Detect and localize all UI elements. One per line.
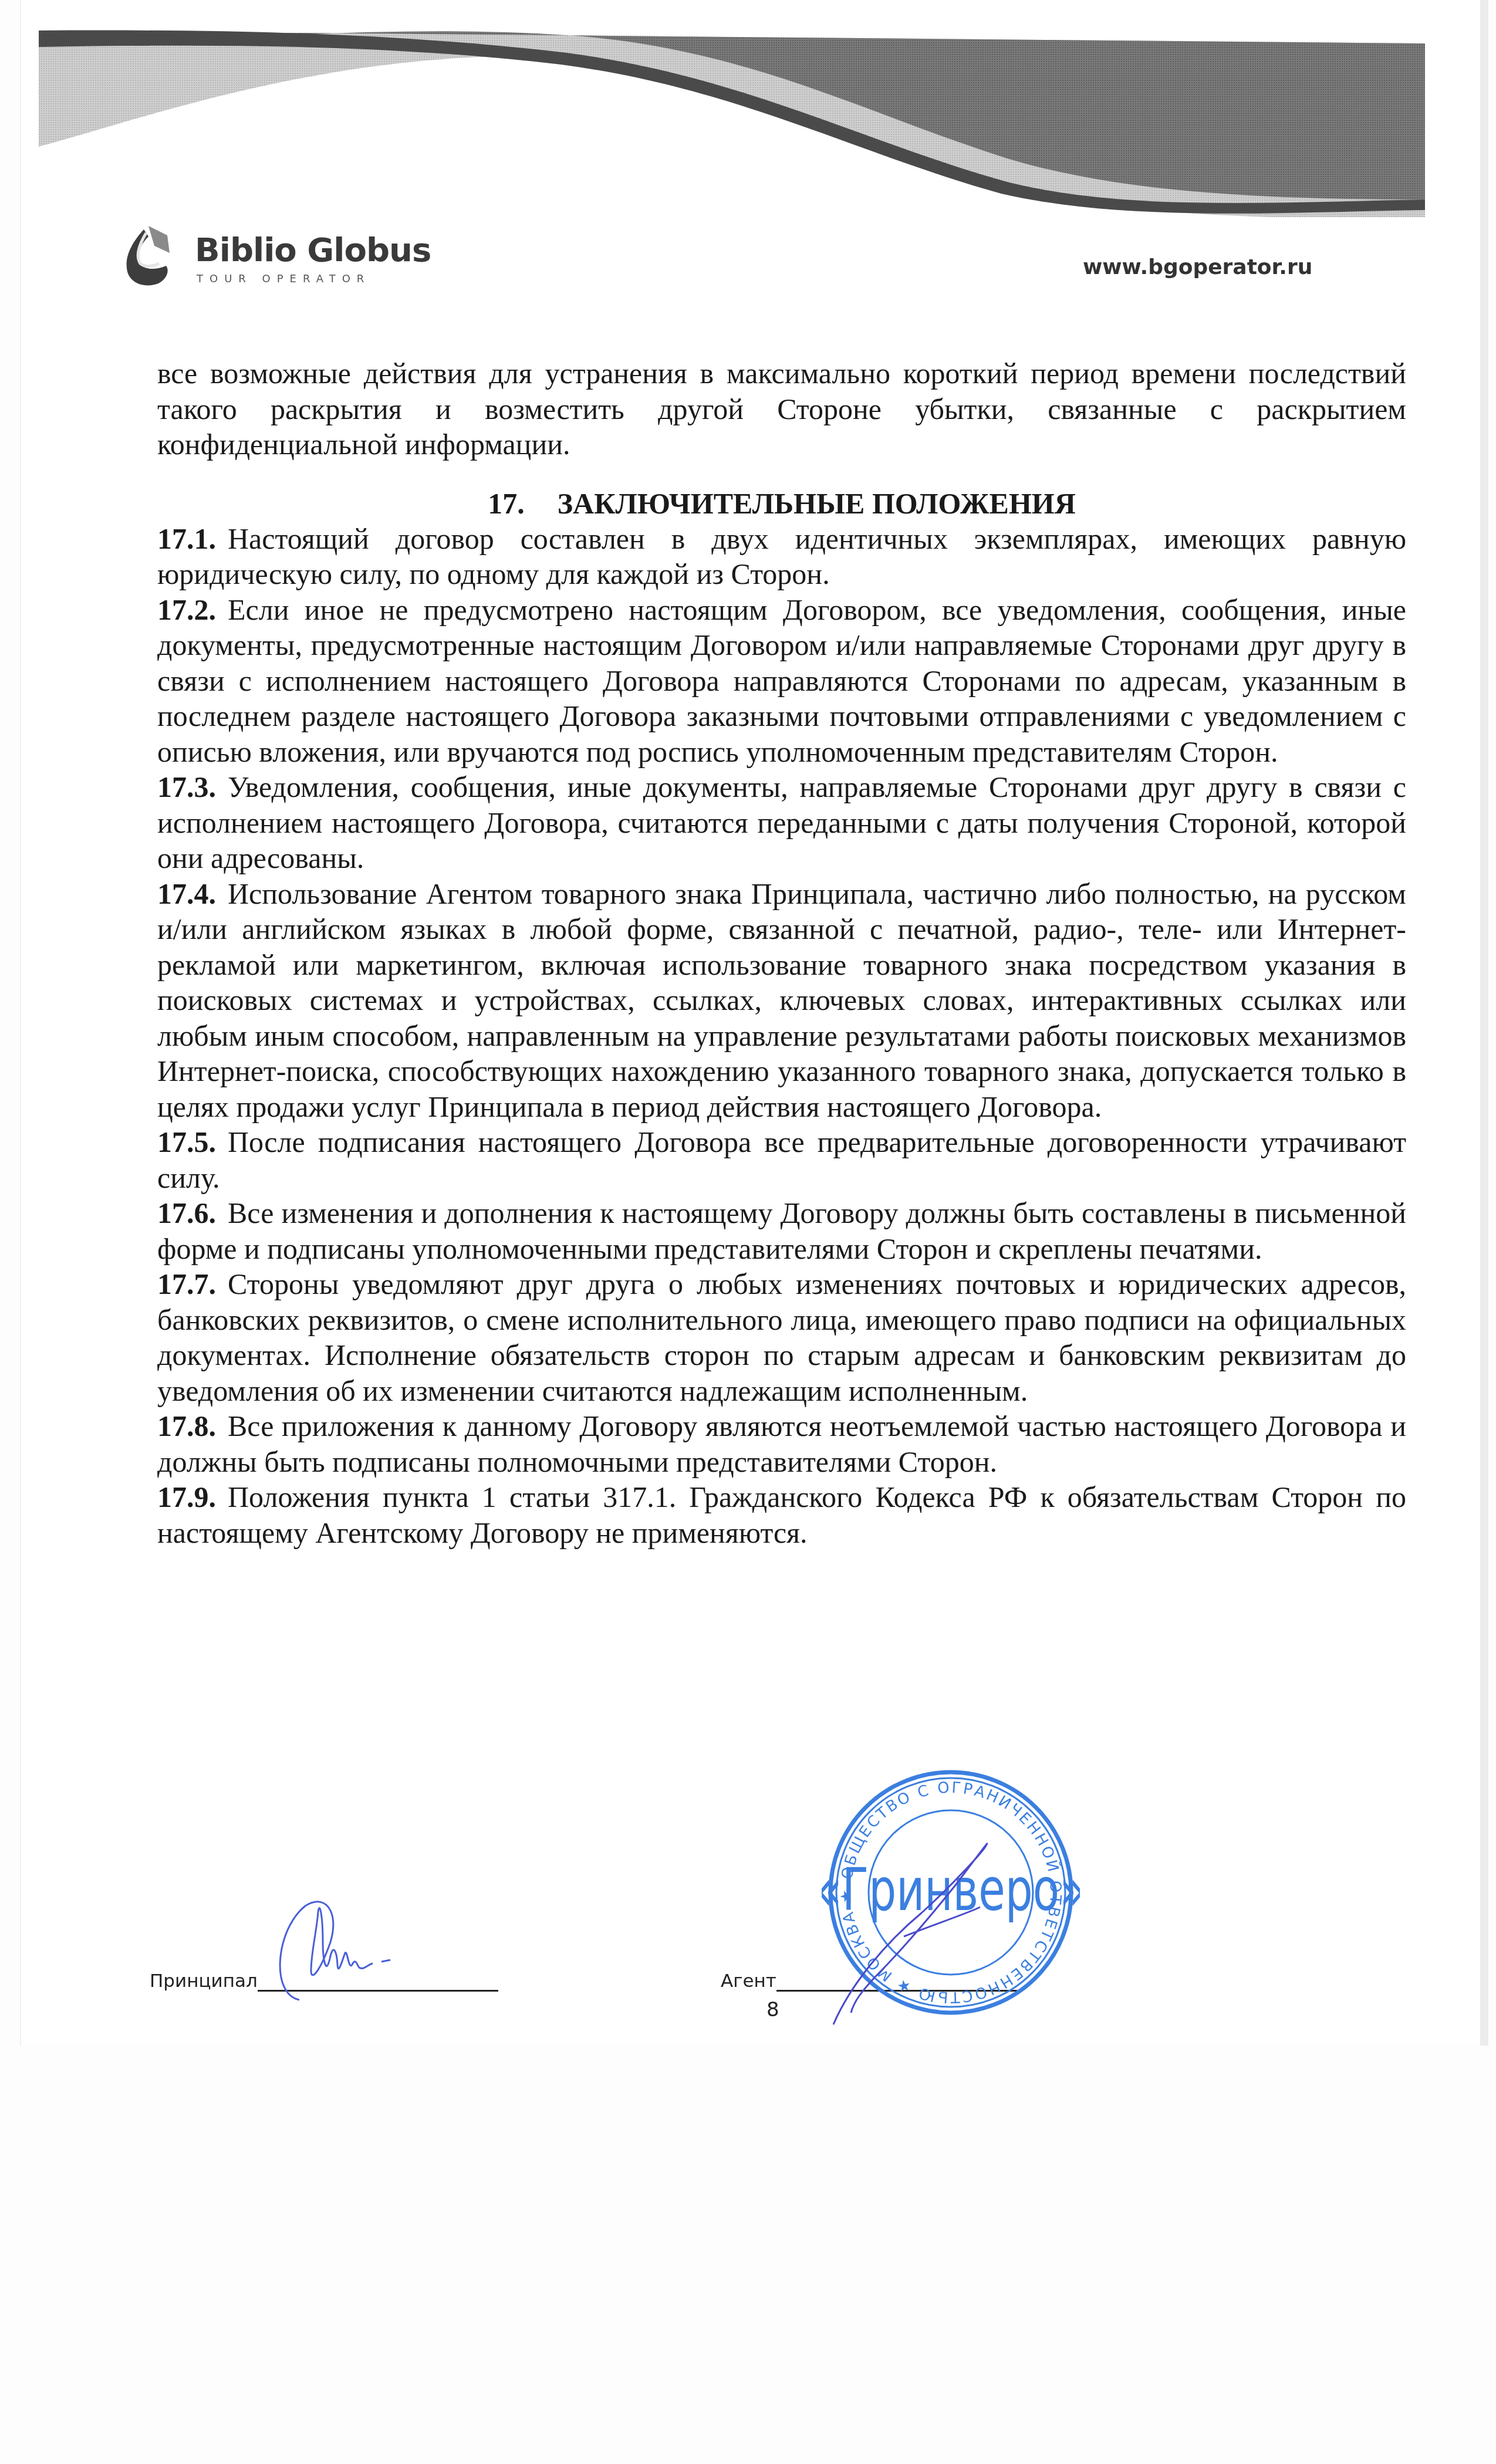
clause-number: 17.6. bbox=[157, 1196, 216, 1229]
brand-tagline: TOUR OPERATOR bbox=[197, 274, 370, 285]
clause-number: 17.8. bbox=[157, 1410, 216, 1442]
clause-text: Уведомления, сообщения, иные документы, … bbox=[157, 770, 1406, 874]
page-number: 8 bbox=[766, 1998, 779, 2022]
section-heading: 17.ЗАКЛЮЧИТЕЛЬНЫЕ ПОЛОЖЕНИЯ bbox=[157, 486, 1406, 521]
clause-number: 17.7. bbox=[157, 1268, 216, 1300]
clause-number: 17.2. bbox=[157, 593, 216, 626]
brand-name: Biblio Globus bbox=[195, 234, 431, 267]
header-wave-banner bbox=[39, 23, 1425, 217]
biblio-globus-logo-icon bbox=[120, 225, 185, 289]
agent-signature-icon bbox=[798, 1837, 1009, 2030]
clause-text: Все изменения и дополнения к настоящему … bbox=[157, 1196, 1406, 1265]
clause-number: 17.9. bbox=[157, 1481, 216, 1513]
clause: 17.6.Все изменения и дополнения к настоя… bbox=[157, 1195, 1406, 1266]
clause-number: 17.5. bbox=[157, 1125, 216, 1158]
clause-number: 17.1. bbox=[157, 522, 216, 555]
blank-area bbox=[0, 2046, 1496, 2464]
clause-text: Если иное не предусмотрено настоящим Дог… bbox=[157, 593, 1406, 768]
document-body: все возможные действия для устранения в … bbox=[157, 356, 1406, 1550]
principal-label: Принципал bbox=[150, 1970, 258, 1992]
principal-signature-icon bbox=[264, 1894, 440, 2012]
clause-number: 17.3. bbox=[157, 770, 216, 803]
clause: 17.7.Стороны уведомляют друг друга о люб… bbox=[157, 1266, 1406, 1408]
clause-number: 17.4. bbox=[157, 877, 216, 910]
website-url[interactable]: www.bgoperator.ru bbox=[1083, 257, 1312, 278]
clause-text: Все приложения к данному Договору являют… bbox=[157, 1410, 1406, 1478]
agent-label: Агент bbox=[721, 1970, 776, 1992]
clause-text: Стороны уведомляют друг друга о любых из… bbox=[157, 1268, 1406, 1407]
clause: 17.3.Уведомления, сообщения, иные докуме… bbox=[157, 769, 1406, 876]
clause: 17.1.Настоящий договор составлен в двух … bbox=[157, 521, 1406, 592]
clause-text: Положения пункта 1 статьи 317.1. Граждан… bbox=[157, 1481, 1406, 1549]
clause: 17.9.Положения пункта 1 статьи 317.1. Гр… bbox=[157, 1479, 1406, 1550]
section-number: 17. bbox=[488, 487, 525, 520]
intro-paragraph: все возможные действия для устранения в … bbox=[157, 356, 1406, 462]
clause: 17.4.Использование Агентом товарного зна… bbox=[157, 876, 1406, 1125]
brand-logo: Biblio Globus TOUR OPERATOR bbox=[120, 225, 472, 289]
clause: 17.8.Все приложения к данному Договору я… bbox=[157, 1408, 1406, 1479]
clause-text: Использование Агентом товарного знака Пр… bbox=[157, 877, 1406, 1123]
clause-text: После подписания настоящего Договора все… bbox=[157, 1125, 1406, 1194]
clause-text: Настоящий договор составлен в двух идент… bbox=[157, 522, 1406, 591]
clause: 17.5.После подписания настоящего Договор… bbox=[157, 1124, 1406, 1195]
clause: 17.2.Если иное не предусмотрено настоящи… bbox=[157, 592, 1406, 770]
section-title: ЗАКЛЮЧИТЕЛЬНЫЕ ПОЛОЖЕНИЯ bbox=[558, 487, 1076, 520]
